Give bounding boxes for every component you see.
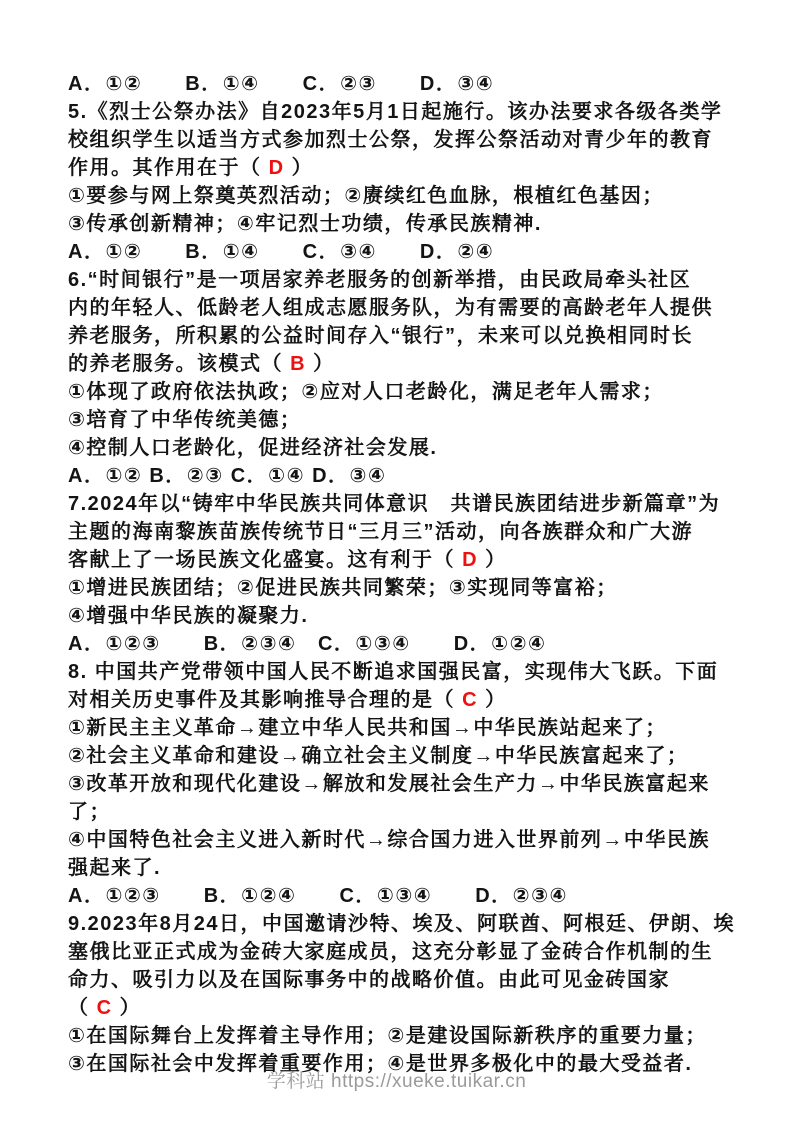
- q6-stem-line-2: 内的年轻人、低龄老人组成志愿服务队，为有需要的高龄老年人提供: [68, 294, 750, 322]
- q6-stem-line-1: 6.“时间银行”是一项居家养老服务的创新举措，由民政局牵头社区: [68, 266, 750, 294]
- q5-stem-line-2: 校组织学生以适当方式参加烈士公祭，发挥公祭活动对青少年的教育: [68, 126, 750, 154]
- q9-stem-line-2: 塞俄比亚正式成为金砖大家庭成员，这充分彰显了金砖合作机制的生: [68, 938, 750, 966]
- q7-stem-line-1: 7.2024年以“铸牢中华民族共同体意识 共谱民族团结进步新篇章”为: [68, 490, 750, 518]
- text-segment: ③传承创新精神；④牢记烈士功绩，传承民族精神.: [68, 213, 542, 235]
- text-segment: ）: [285, 157, 314, 179]
- text-segment: ④中国特色社会主义进入新时代→综合国力进入世界前列→中华民族: [68, 829, 710, 851]
- answer-letter: C: [462, 689, 478, 711]
- q6-options-line: A．①② B．②③ C．①④ D．③④: [68, 462, 750, 490]
- text-segment: ④增强中华民族的凝聚力.: [68, 605, 309, 627]
- q8-item-line-4: ④中国特色社会主义进入新时代→综合国力进入世界前列→中华民族: [68, 826, 750, 854]
- q6-item-line-2: ③培育了中华传统美德；: [68, 406, 750, 434]
- text-segment: 命力、吸引力以及在国际事务中的战略价值。由此可见金砖国家: [68, 969, 670, 991]
- text-segment: ①要参与网上祭奠英烈活动；②赓续红色血脉，根植红色基因；: [68, 185, 664, 207]
- text-segment: 强起来了.: [68, 857, 161, 879]
- q6-item-line-3: ④控制人口老龄化，促进经济社会发展.: [68, 434, 750, 462]
- text-segment: （: [68, 997, 97, 1019]
- text-segment: 的养老服务。该模式（: [68, 353, 290, 375]
- text-segment: ③改革开放和现代化建设→解放和发展社会生产力→中华民族富起来了；: [68, 773, 710, 823]
- q7-stem-line-2: 主题的海南黎族苗族传统节日“三月三”活动，向各族群众和广大游: [68, 518, 750, 546]
- q8-item-line-1: ①新民主主义革命→建立中华人民共和国→中华民族站起来了；: [68, 714, 750, 742]
- q8-stem-line-2: 对相关历史事件及其影响推导合理的是（ C ）: [68, 686, 750, 714]
- q8-item-line-3: ③改革开放和现代化建设→解放和发展社会生产力→中华民族富起来了；: [68, 770, 750, 826]
- q7-item-line-2: ④增强中华民族的凝聚力.: [68, 602, 750, 630]
- text-segment: 9.2023年8月24日，中国邀请沙特、埃及、阿联酋、阿根廷、伊朗、埃: [68, 913, 735, 935]
- q8-item-line-5: 强起来了.: [68, 854, 750, 882]
- text-segment: ①体现了政府依法执政；②应对人口老龄化，满足老年人需求；: [68, 381, 664, 403]
- answer-letter: D: [269, 157, 285, 179]
- text-segment: ①新民主主义革命→建立中华人民共和国→中华民族站起来了；: [68, 717, 667, 739]
- text-segment: ）: [306, 353, 335, 375]
- q9-answer-line: （ C ）: [68, 994, 750, 1022]
- q9-stem-line-1: 9.2023年8月24日，中国邀请沙特、埃及、阿联酋、阿根廷、伊朗、埃: [68, 910, 750, 938]
- text-segment: 主题的海南黎族苗族传统节日“三月三”活动，向各族群众和广大游: [68, 521, 693, 543]
- text-segment: 8. 中国共产党带领中国人民不断追求国强民富，实现伟大飞跃。下面: [68, 661, 718, 683]
- text-segment: ③培育了中华传统美德；: [68, 409, 301, 431]
- q4-options-line: A．①② B．①④ C．②③ D．③④: [68, 70, 750, 98]
- q6-item-line-1: ①体现了政府依法执政；②应对人口老龄化，满足老年人需求；: [68, 378, 750, 406]
- q8-item-line-2: ②社会主义革命和建设→确立社会主义制度→中华民族富起来了；: [68, 742, 750, 770]
- q8-stem-line-1: 8. 中国共产党带领中国人民不断追求国强民富，实现伟大飞跃。下面: [68, 658, 750, 686]
- text-segment: 客献上了一场民族文化盛宴。这有利于（: [68, 549, 462, 571]
- text-segment: 塞俄比亚正式成为金砖大家庭成员，这充分彰显了金砖合作机制的生: [68, 941, 713, 963]
- text-segment: 5.《烈士公祭办法》自2023年5月1日起施行。该办法要求各级各类学: [68, 101, 722, 123]
- q7-options-line: A．①②③ B．②③④ C．①③④ D．①②④: [68, 630, 750, 658]
- text-segment: A．①②③ B．①②④ C．①③④ D．②③④: [68, 885, 568, 907]
- text-segment: 7.2024年以“铸牢中华民族共同体意识 共谱民族团结进步新篇章”为: [68, 493, 720, 515]
- q7-stem-line-3: 客献上了一场民族文化盛宴。这有利于（ D ）: [68, 546, 750, 574]
- q5-stem-line-1: 5.《烈士公祭办法》自2023年5月1日起施行。该办法要求各级各类学: [68, 98, 750, 126]
- text-segment: ④控制人口老龄化，促进经济社会发展.: [68, 437, 438, 459]
- document-page: A．①② B．①④ C．②③ D．③④5.《烈士公祭办法》自2023年5月1日起…: [0, 0, 793, 1122]
- text-segment: ①在国际舞台上发挥着主导作用；②是建设国际新秩序的重要力量；: [68, 1025, 707, 1047]
- q9-stem-line-3: 命力、吸引力以及在国际事务中的战略价值。由此可见金砖国家: [68, 966, 750, 994]
- text-segment: 作用。其作用在于（: [68, 157, 269, 179]
- q7-item-line-1: ①增进民族团结；②促进民族共同繁荣；③实现同等富裕；: [68, 574, 750, 602]
- text-segment: ）: [478, 549, 507, 571]
- text-segment: ①增进民族团结；②促进民族共同繁荣；③实现同等富裕；: [68, 577, 618, 599]
- text-segment: 6.“时间银行”是一项居家养老服务的创新举措，由民政局牵头社区: [68, 269, 691, 291]
- text-segment: A．①② B．①④ C．③④ D．②④: [68, 241, 494, 263]
- text-segment: A．①② B．②③ C．①④ D．③④: [68, 465, 386, 487]
- answer-letter: B: [290, 353, 306, 375]
- text-segment: A．①②③ B．②③④ C．①③④ D．①②④: [68, 633, 546, 655]
- text-segment: 对相关历史事件及其影响推导合理的是（: [68, 689, 462, 711]
- answer-letter: D: [462, 549, 478, 571]
- text-segment: A．①② B．①④ C．②③ D．③④: [68, 73, 494, 95]
- text-segment: 内的年轻人、低龄老人组成志愿服务队，为有需要的高龄老年人提供: [68, 297, 713, 319]
- q5-item-line-1: ①要参与网上祭奠英烈活动；②赓续红色血脉，根植红色基因；: [68, 182, 750, 210]
- q5-options-line: A．①② B．①④ C．③④ D．②④: [68, 238, 750, 266]
- q5-stem-line-3: 作用。其作用在于（ D ）: [68, 154, 750, 182]
- text-segment: 养老服务，所积累的公益时间存入“银行”，未来可以兑换相同时长: [68, 325, 693, 347]
- q6-stem-line-3: 养老服务，所积累的公益时间存入“银行”，未来可以兑换相同时长: [68, 322, 750, 350]
- answer-letter: C: [97, 997, 113, 1019]
- watermark-text: 学科站 https://xueke.tuikar.cn: [0, 1066, 793, 1093]
- q9-item-line-1: ①在国际舞台上发挥着主导作用；②是建设国际新秩序的重要力量；: [68, 1022, 750, 1050]
- text-segment: ）: [113, 997, 142, 1019]
- text-segment: ）: [478, 689, 507, 711]
- q8-options-line: A．①②③ B．①②④ C．①③④ D．②③④: [68, 882, 750, 910]
- q5-item-line-2: ③传承创新精神；④牢记烈士功绩，传承民族精神.: [68, 210, 750, 238]
- document-body: A．①② B．①④ C．②③ D．③④5.《烈士公祭办法》自2023年5月1日起…: [68, 70, 750, 1078]
- text-segment: ②社会主义革命和建设→确立社会主义制度→中华民族富起来了；: [68, 745, 688, 767]
- q6-stem-line-4: 的养老服务。该模式（ B ）: [68, 350, 750, 378]
- text-segment: 校组织学生以适当方式参加烈士公祭，发挥公祭活动对青少年的教育: [68, 129, 713, 151]
